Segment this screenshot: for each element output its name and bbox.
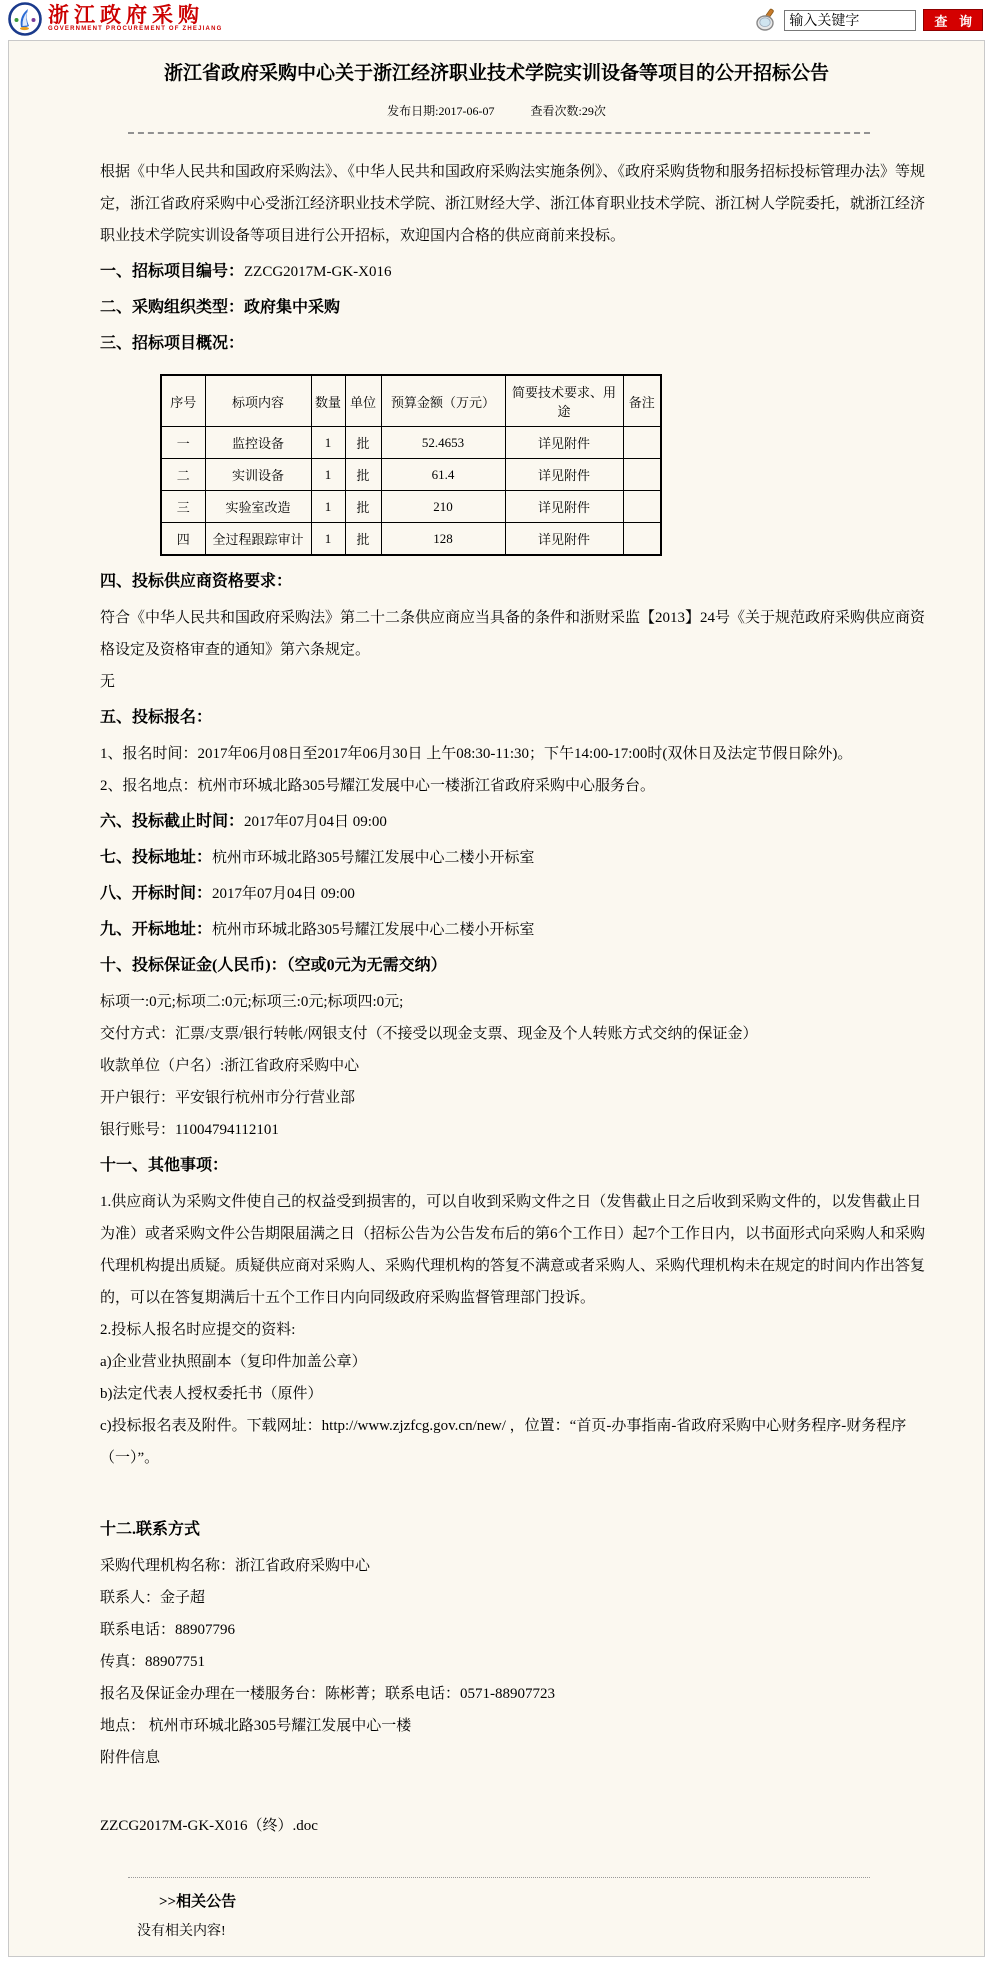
section-heading: 十二.联系方式 — [100, 1514, 926, 1546]
table-cell: 1 — [311, 523, 345, 556]
table-cell: 详见附件 — [505, 491, 623, 523]
paragraph: 1、报名时间：2017年06月08日至2017年06月30日 上午08:30-1… — [100, 738, 926, 770]
paragraph: 联系电话：88907796 — [100, 1614, 926, 1646]
section-heading: 七、投标地址：杭州市环城北路305号耀江发展中心二楼小开标室 — [100, 842, 926, 874]
table-cell: 61.4 — [381, 459, 505, 491]
site-logo: 浙江政府采购 GOVERNMENT PROCUREMENT OF ZHEJIAN… — [8, 2, 222, 36]
section-heading-value: 杭州市环城北路305号耀江发展中心二楼小开标室 — [212, 922, 535, 938]
table-cell: 一 — [161, 427, 205, 459]
paragraph: 开户银行：平安银行杭州市分行营业部 — [100, 1082, 926, 1114]
table-cell: 四 — [161, 523, 205, 556]
section-heading-value: 2017年07月04日 09:00 — [244, 814, 387, 830]
table-cell: 详见附件 — [505, 523, 623, 556]
paragraph: 收款单位（户名）:浙江省政府采购中心 — [100, 1050, 926, 1082]
section-heading-value: 2017年07月04日 09:00 — [212, 886, 355, 902]
section-heading: 十、投标保证金(人民币)：（空或0元为无需交纳） — [100, 950, 926, 982]
table-cell: 实训设备 — [205, 459, 311, 491]
section-heading: 五、投标报名： — [100, 702, 926, 734]
search-button[interactable]: 查 询 — [923, 9, 983, 31]
table-cell: 52.4653 — [381, 427, 505, 459]
table-cell: 1 — [311, 491, 345, 523]
table-header-cell: 单位 — [345, 375, 381, 427]
table-cell: 1 — [311, 459, 345, 491]
search-input[interactable] — [784, 10, 916, 31]
paragraph: 根据《中华人民共和国政府采购法》、《中华人民共和国政府采购法实施条例》、《政府采… — [100, 156, 926, 252]
article-body: 根据《中华人民共和国政府采购法》、《中华人民共和国政府采购法实施条例》、《政府采… — [9, 134, 984, 1842]
section-heading-label: 七、投标地址： — [100, 849, 212, 866]
table-row: 三实验室改造1批210详见附件 — [161, 491, 661, 523]
table-cell: 批 — [345, 523, 381, 556]
related-announcements-section: >>相关公告 没有相关内容! — [9, 1877, 984, 1956]
section-heading-value: 杭州市环城北路305号耀江发展中心二楼小开标室 — [212, 850, 535, 866]
table-cell: 二 — [161, 459, 205, 491]
paragraph: 地点： 杭州市环城北路305号耀江发展中心一楼 — [100, 1710, 926, 1742]
table-header-cell: 预算金额（万元） — [381, 375, 505, 427]
related-empty-message: 没有相关内容! — [137, 1920, 984, 1940]
table-row: 二实训设备1批61.4详见附件 — [161, 459, 661, 491]
paragraph: 无 — [100, 666, 926, 698]
paragraph: c)投标报名表及附件。下载网址：http://www.zjzfcg.gov.cn… — [100, 1410, 926, 1474]
paragraph: 1.供应商认为采购文件使自己的权益受到损害的，可以自收到采购文件之日（发售截止日… — [100, 1186, 926, 1314]
spacer — [100, 1774, 926, 1810]
section-heading-label: 六、投标截止时间： — [100, 813, 244, 830]
paragraph: 传真：88907751 — [100, 1646, 926, 1678]
table-cell: 详见附件 — [505, 459, 623, 491]
table-cell: 批 — [345, 427, 381, 459]
meta-line: 发布日期:2017-06-07 查看次数:29次 — [9, 102, 984, 119]
section-heading: 三、招标项目概况： — [100, 328, 926, 360]
table-cell: 三 — [161, 491, 205, 523]
announcement-panel: 浙江省政府采购中心关于浙江经济职业技术学院实训设备等项目的公开招标公告 发布日期… — [8, 40, 985, 1957]
table-cell — [623, 427, 661, 459]
table-cell: 批 — [345, 459, 381, 491]
table-cell — [623, 459, 661, 491]
section-heading: 八、开标时间：2017年07月04日 09:00 — [100, 878, 926, 910]
spacer — [100, 1474, 926, 1510]
paragraph: 采购代理机构名称：浙江省政府采购中心 — [100, 1550, 926, 1582]
paragraph: 银行账号：11004794112101 — [100, 1114, 926, 1146]
section-heading: 十一、其他事项： — [100, 1150, 926, 1182]
section-heading: 二、采购组织类型：政府集中采购 — [100, 292, 926, 324]
table-cell: 实验室改造 — [205, 491, 311, 523]
logo-title: 浙江政府采购 — [48, 6, 222, 26]
section-heading-label: 八、开标时间： — [100, 885, 212, 902]
table-cell — [623, 491, 661, 523]
search-icon — [755, 8, 777, 32]
table-header-cell: 数量 — [311, 375, 345, 427]
related-announcements-link[interactable]: >>相关公告 — [159, 1890, 984, 1911]
logo-text: 浙江政府采购 GOVERNMENT PROCUREMENT OF ZHEJIAN… — [48, 6, 222, 32]
section-heading-value: ZZCG2017M-GK-X016 — [244, 264, 392, 280]
section-heading: 四、投标供应商资格要求： — [100, 566, 926, 598]
table-cell: 批 — [345, 491, 381, 523]
search-area: 查 询 — [755, 8, 983, 32]
table-header-cell: 标项内容 — [205, 375, 311, 427]
table-cell: 详见附件 — [505, 427, 623, 459]
section-heading-label: 一、招标项目编号： — [100, 263, 244, 280]
table-header-cell: 备注 — [623, 375, 661, 427]
table-header-row: 序号标项内容数量单位预算金额（万元）简要技术要求、用途备注 — [161, 375, 661, 427]
table-cell — [623, 523, 661, 556]
table-header-cell: 简要技术要求、用途 — [505, 375, 623, 427]
table-row: 一监控设备1批52.4653详见附件 — [161, 427, 661, 459]
table-header-cell: 序号 — [161, 375, 205, 427]
paragraph: 标项一:0元;标项二:0元;标项三:0元;标项四:0元; — [100, 986, 926, 1018]
paragraph: 附件信息 — [100, 1742, 926, 1774]
view-count: 查看次数:29次 — [530, 102, 605, 119]
section-heading: 六、投标截止时间：2017年07月04日 09:00 — [100, 806, 926, 838]
top-bar: 浙江政府采购 GOVERNMENT PROCUREMENT OF ZHEJIAN… — [0, 0, 993, 40]
dotted-divider — [128, 1877, 870, 1878]
table-cell: 210 — [381, 491, 505, 523]
section-heading: 九、开标地址：杭州市环城北路305号耀江发展中心二楼小开标室 — [100, 914, 926, 946]
paragraph: 符合《中华人民共和国政府采购法》第二十二条供应商应当具备的条件和浙财采监【201… — [100, 602, 926, 666]
logo-subtitle: GOVERNMENT PROCUREMENT OF ZHEJIANG — [48, 26, 222, 32]
paragraph: 2.投标人报名时应提交的资料: — [100, 1314, 926, 1346]
attachment-link[interactable]: ZZCG2017M-GK-X016（终）.doc — [100, 1810, 926, 1842]
paragraph: b)法定代表人授权委托书（原件） — [100, 1378, 926, 1410]
table-cell: 全过程跟踪审计 — [205, 523, 311, 556]
publish-date: 发布日期:2017-06-07 — [387, 102, 494, 119]
section-heading-label: 九、开标地址： — [100, 921, 212, 938]
table-cell: 128 — [381, 523, 505, 556]
paragraph: 联系人：金子超 — [100, 1582, 926, 1614]
paragraph: 2、报名地点：杭州市环城北路305号耀江发展中心一楼浙江省政府采购中心服务台。 — [100, 770, 926, 802]
page-title: 浙江省政府采购中心关于浙江经济职业技术学院实训设备等项目的公开招标公告 — [49, 61, 944, 87]
logo-emblem-icon — [8, 2, 42, 36]
table-cell: 1 — [311, 427, 345, 459]
table-row: 四全过程跟踪审计1批128详见附件 — [161, 523, 661, 556]
section-heading: 一、招标项目编号：ZZCG2017M-GK-X016 — [100, 256, 926, 288]
paragraph: 报名及保证金办理在一楼服务台：陈彬菁；联系电话：0571-88907723 — [100, 1678, 926, 1710]
project-overview-table: 序号标项内容数量单位预算金额（万元）简要技术要求、用途备注一监控设备1批52.4… — [160, 374, 662, 556]
paragraph: 交付方式：汇票/支票/银行转帐/网银支付（不接受以现金支票、现金及个人转账方式交… — [100, 1018, 926, 1050]
table-cell: 监控设备 — [205, 427, 311, 459]
paragraph: a)企业营业执照副本（复印件加盖公章） — [100, 1346, 926, 1378]
